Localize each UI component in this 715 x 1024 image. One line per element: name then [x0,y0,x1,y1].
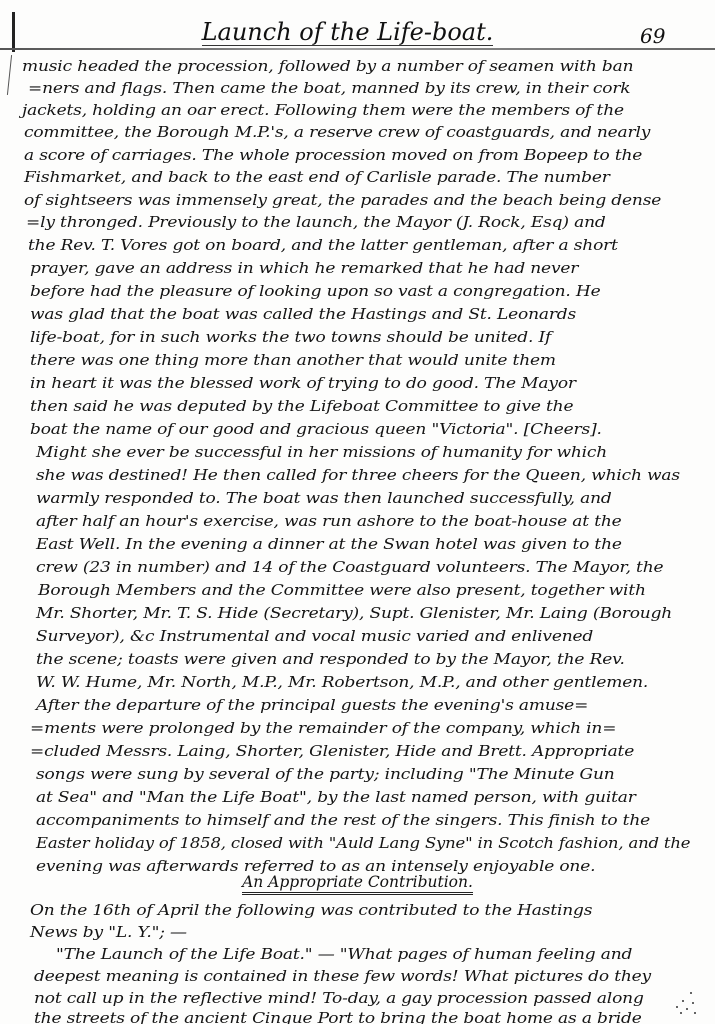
text-line: On the 16th of April the following was c… [30,900,592,920]
text-line: Surveyor), &c Instrumental and vocal mus… [36,626,593,646]
text-line: W. W. Hume, Mr. North, M.P., Mr. Roberts… [36,672,648,692]
text-line: songs were sung by several of the party;… [36,764,615,784]
text-line: she was destined! He then called for thr… [36,465,680,485]
text-line: crew (23 in number) and 14 of the Coastg… [36,557,663,577]
text-line: a score of carriages. The whole processi… [24,145,642,165]
text-line: then said he was deputed by the Lifeboat… [30,396,573,416]
text-line: =ners and flags. Then came the boat, man… [28,78,630,98]
text-line: Fishmarket, and back to the east end of … [24,167,610,187]
text-line: not call up in the reflective mind! To-d… [34,988,644,1008]
text-line: the Rev. T. Vores got on board, and the … [28,235,618,255]
text-line: After the departure of the principal gue… [36,695,588,715]
text-line: =ments were prolonged by the remainder o… [30,718,616,738]
text-line: the streets of the ancient Cinque Port t… [34,1008,642,1024]
text-line: boat the name of our good and gracious q… [30,419,602,439]
text-line: =cluded Messrs. Laing, Shorter, Gleniste… [30,741,634,761]
text-line: =ly thronged. Previously to the launch, … [26,212,606,232]
page-number: 69 [640,24,665,48]
text-line: of sightseers was immensely great, the p… [24,190,661,210]
text-line: jackets, holding an oar erect. Following… [22,100,624,120]
text-line: in heart it was the blessed work of tryi… [30,373,576,393]
text-line: warmly responded to. The boat was then l… [36,488,612,508]
manuscript-page: Launch of the Life-boat. 69 music headed… [0,0,715,1024]
ink-specks [672,992,698,1016]
text-line: after half an hour's exercise, was run a… [36,511,622,531]
text-line: was glad that the boat was called the Ha… [30,304,576,324]
text-line: East Well. In the evening a dinner at th… [36,534,622,554]
text-line: deepest meaning is contained in these fe… [34,966,651,986]
text-line: "The Launch of the Life Boat." — "What p… [56,944,632,964]
text-line: at Sea" and "Man the Life Boat", by the … [36,787,636,807]
page-title-text: Launch of the Life-boat. [202,19,494,46]
page-title: Launch of the Life-boat. [0,18,715,46]
text-line: there was one thing more than another th… [30,350,556,370]
text-line: committee, the Borough M.P.'s, a reserve… [24,122,650,142]
text-line: music headed the procession, followed by… [22,56,633,76]
text-line: Mr. Shorter, Mr. T. S. Hide (Secretary),… [36,603,672,623]
text-line: News by "L. Y."; — [30,922,187,942]
text-line: before had the pleasure of looking upon … [30,281,600,301]
header-rule [0,48,715,50]
text-line: prayer, gave an address in which he rema… [30,258,578,278]
section-heading-text: An Appropriate Contribution. [242,873,473,895]
text-line: Might she ever be successful in her miss… [36,442,607,462]
text-line: accompaniments to himself and the rest o… [36,810,650,830]
text-line: Easter holiday of 1858, closed with "Aul… [36,833,690,853]
text-line: the scene; toasts were given and respond… [36,649,625,669]
section-heading: An Appropriate Contribution. [0,873,715,895]
text-line: life-boat, for in such works the two tow… [30,327,551,347]
text-line: Borough Members and the Committee were a… [38,580,646,600]
margin-mark [7,55,12,95]
